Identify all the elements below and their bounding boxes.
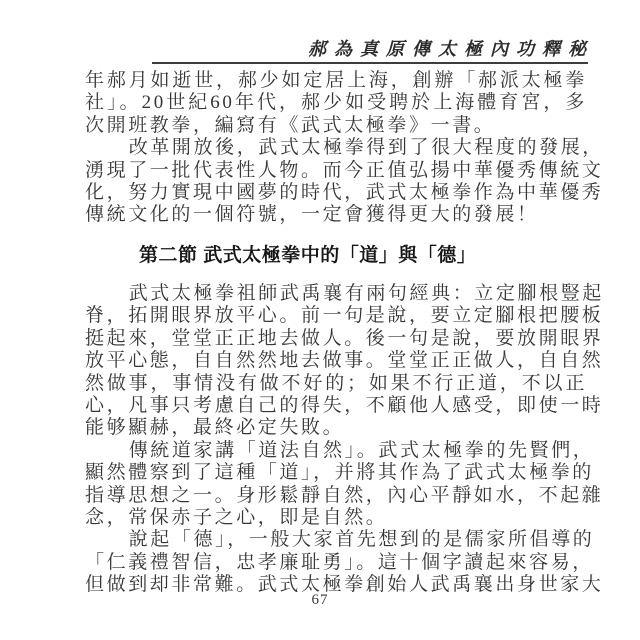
text-line: 放平心態，自自然然地去做事。堂堂正正做人，自自然 [85, 350, 587, 372]
text-line: 顯然體察到了這種「道」，并將其作為了武式太極拳的 [85, 462, 587, 484]
text-line: 社」。20世紀60年代，郝少如受聘於上海體育宮，多 [85, 92, 587, 114]
header-rule [152, 62, 588, 64]
text-line: 年郝月如逝世，郝少如定居上海，創辦「郝派太極拳 [85, 70, 587, 92]
book-page: 郝為真原傳太極內功釋秘 年郝月如逝世，郝少如定居上海，創辦「郝派太極拳社」。20… [0, 0, 640, 640]
section-heading: 第二節 武式太極拳中的「道」與「德」 [85, 240, 587, 267]
text-line: 脊，拓開眼界放平心。前一句是說，要立定腳根把腰板 [85, 305, 587, 327]
text-line: 「仁義禮智信，忠孝廉耻勇」。這十個字讀起來容易， [85, 552, 587, 574]
text-line: 能够顯赫，最終必定失敗。 [85, 417, 587, 439]
running-head-title: 郝為真原傳太極內功釋秘 [308, 35, 594, 61]
text-line: 念，常保赤子之心，即是自然。 [85, 507, 587, 529]
text-line: 指導思想之一。身形鬆靜自然，內心平靜如水，不起雜 [85, 485, 587, 507]
text-line: 心，凡事只考慮自己的得失，不顧他人感受，即使一時 [85, 395, 587, 417]
text-line: 湧現了一批代表性人物。而今正值弘揚中華優秀傳統文 [85, 160, 587, 182]
text-line: 說起「德」，一般大家首先想到的是儒家所倡導的 [85, 529, 587, 551]
paragraph-block-bottom: 武式太極拳祖師武禹襄有兩句經典：立定腳根豎起脊，拓開眼界放平心。前一句是說，要立… [85, 283, 587, 596]
page-number: 67 [0, 592, 640, 609]
text-line: 傳統道家講「道法自然」。武式太極拳的先賢們， [85, 440, 587, 462]
paragraph-block-top: 年郝月如逝世，郝少如定居上海，創辦「郝派太極拳社」。20世紀60年代，郝少如受聘… [85, 70, 587, 227]
text-line: 傳統文化的一個符號，一定會獲得更大的發展！ [85, 204, 587, 226]
text-line: 武式太極拳祖師武禹襄有兩句經典：立定腳根豎起 [85, 283, 587, 305]
text-line: 改革開放後，武式太極拳得到了很大程度的發展， [85, 137, 587, 159]
text-line: 化，努力實現中國夢的時代，武式太極拳作為中華優秀 [85, 182, 587, 204]
text-line: 然做事，事情没有做不好的；如果不行正道，不以正 [85, 373, 587, 395]
text-line: 挺起來，堂堂正正地去做人。後一句是說，要放開眼界 [85, 328, 587, 350]
text-line: 次開班教拳，編寫有《武式太極拳》一書。 [85, 115, 587, 137]
